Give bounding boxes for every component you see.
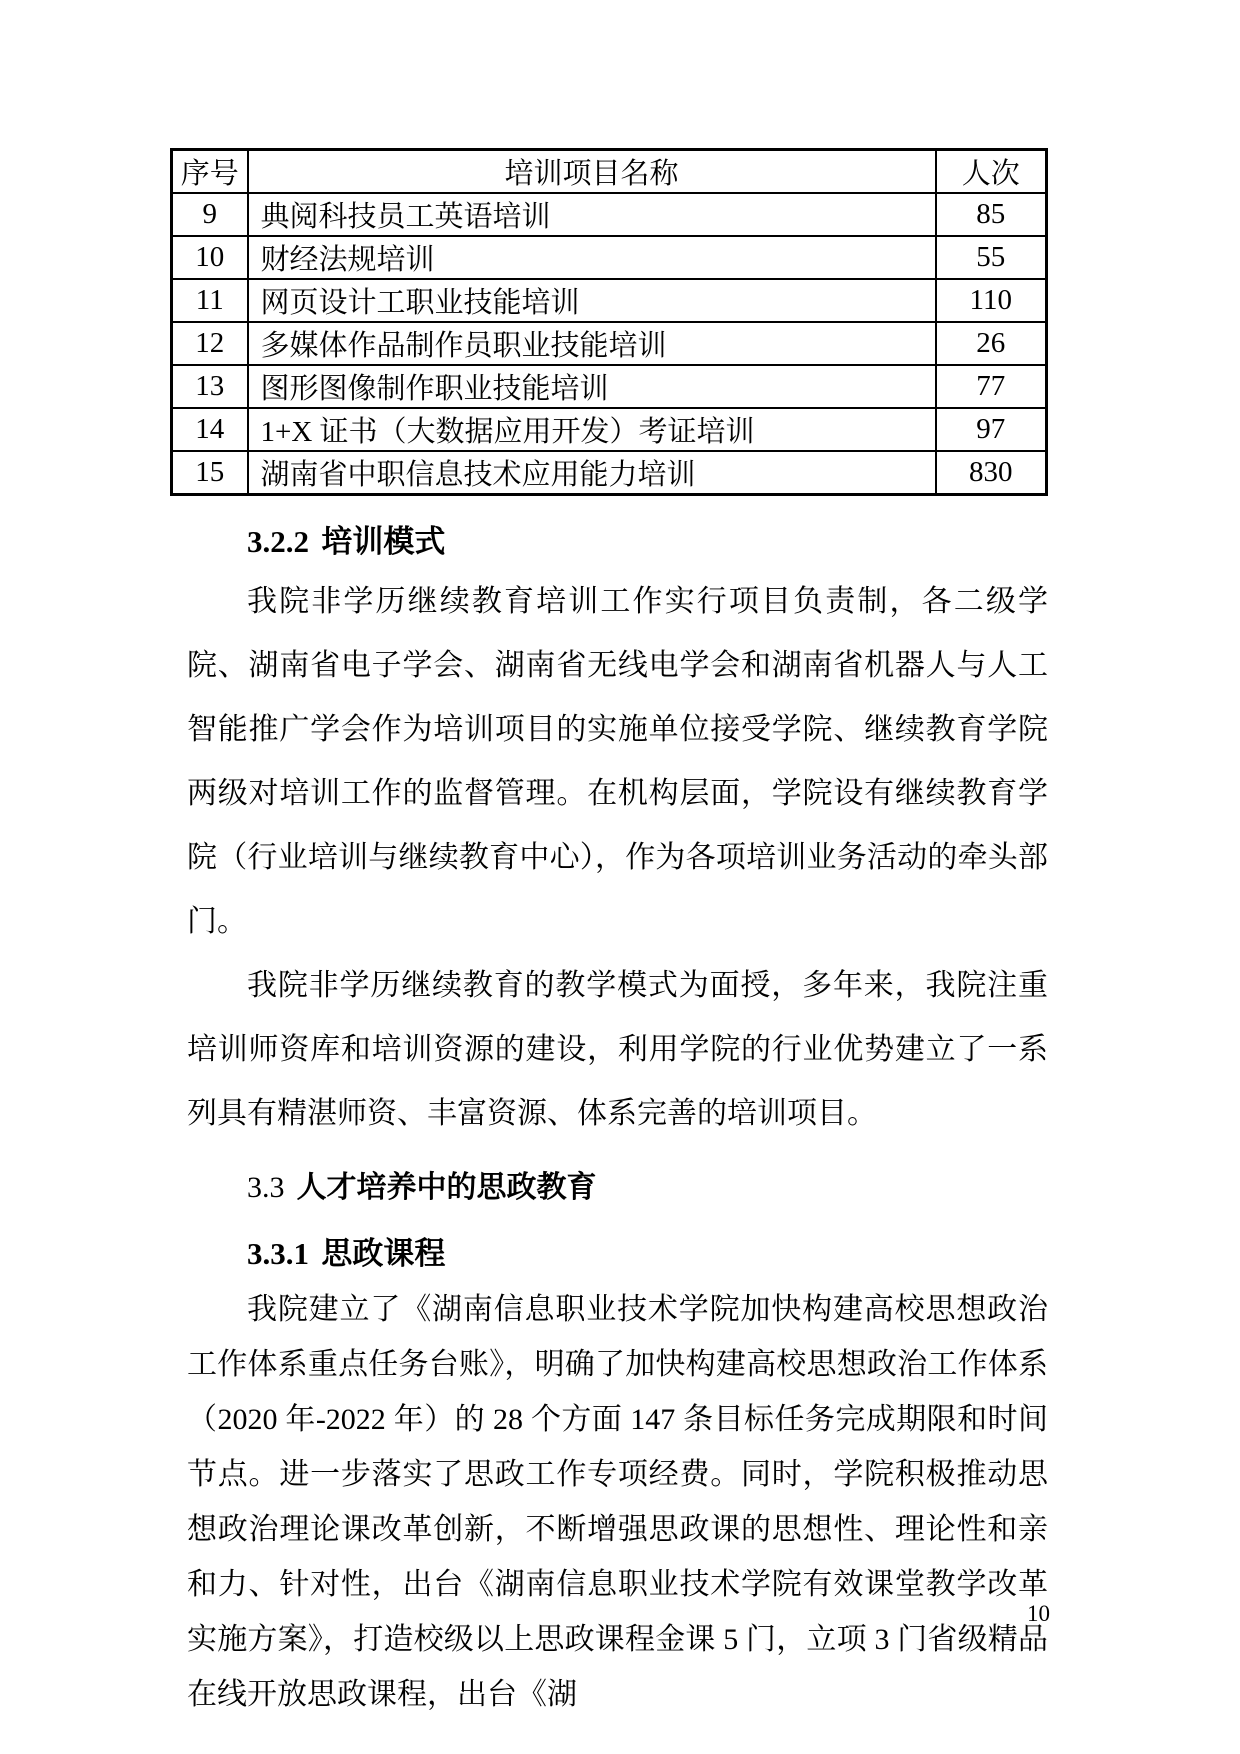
document-page: 序号 培训项目名称 人次 9 典阅科技员工英语培训 85 10 财经法规培训 5… xyxy=(0,0,1240,1754)
cell-name: 典阅科技员工英语培训 xyxy=(248,193,936,236)
table-header-row: 序号 培训项目名称 人次 xyxy=(172,150,1047,194)
table-row: 11 网页设计工职业技能培训 110 xyxy=(172,279,1047,322)
table-row: 15 湖南省中职信息技术应用能力培训 830 xyxy=(172,451,1047,495)
cell-name: 1+X 证书（大数据应用开发）考证培训 xyxy=(248,408,936,451)
cell-name: 多媒体作品制作员职业技能培训 xyxy=(248,322,936,365)
table-row: 9 典阅科技员工英语培训 85 xyxy=(172,193,1047,236)
cell-no: 14 xyxy=(172,408,248,451)
cell-no: 15 xyxy=(172,451,248,495)
paragraph-training-mode-2: 我院非学历继续教育的教学模式为面授，多年来，我院注重培训师资库和培训资源的建设，… xyxy=(187,954,1048,1146)
header-cell-count: 人次 xyxy=(936,150,1047,194)
section-heading-3-2-2: 3.2.2培训模式 xyxy=(247,522,1048,562)
header-cell-no: 序号 xyxy=(172,150,248,194)
table-row: 14 1+X 证书（大数据应用开发）考证培训 97 xyxy=(172,408,1047,451)
cell-count: 830 xyxy=(936,451,1047,495)
heading-number: 3.2.2 xyxy=(247,524,309,559)
heading-title: 思政课程 xyxy=(321,1236,445,1271)
table-row: 12 多媒体作品制作员职业技能培训 26 xyxy=(172,322,1047,365)
document-content: 序号 培训项目名称 人次 9 典阅科技员工英语培训 85 10 财经法规培训 5… xyxy=(170,148,1048,1722)
table-row: 10 财经法规培训 55 xyxy=(172,236,1047,279)
heading-title: 人才培养中的思政教育 xyxy=(297,1171,597,1204)
cell-no: 13 xyxy=(172,365,248,408)
training-projects-table: 序号 培训项目名称 人次 9 典阅科技员工英语培训 85 10 财经法规培训 5… xyxy=(170,148,1048,496)
cell-count: 77 xyxy=(936,365,1047,408)
cell-name: 网页设计工职业技能培训 xyxy=(248,279,936,322)
page-number: 10 xyxy=(960,1598,1050,1630)
cell-count: 55 xyxy=(936,236,1047,279)
paragraph-ideological-courses: 我院建立了《湖南信息职业技术学院加快构建高校思想政治工作体系重点任务台账》，明确… xyxy=(187,1282,1048,1722)
cell-name: 湖南省中职信息技术应用能力培训 xyxy=(248,451,936,495)
heading-title: 培训模式 xyxy=(321,524,445,559)
cell-no: 11 xyxy=(172,279,248,322)
cell-name: 图形图像制作职业技能培训 xyxy=(248,365,936,408)
heading-number: 3.3 xyxy=(247,1171,285,1204)
cell-no: 10 xyxy=(172,236,248,279)
section-heading-3-3: 3.3人才培养中的思政教育 xyxy=(247,1168,1048,1208)
cell-count: 85 xyxy=(936,193,1047,236)
paragraph-training-mode-1: 我院非学历继续教育培训工作实行项目负责制，各二级学院、湖南省电子学会、湖南省无线… xyxy=(187,570,1048,954)
table-row: 13 图形图像制作职业技能培训 77 xyxy=(172,365,1047,408)
text-block: 3.2.2培训模式 我院非学历继续教育培训工作实行项目负责制，各二级学院、湖南省… xyxy=(170,522,1048,1722)
header-cell-name: 培训项目名称 xyxy=(248,150,936,194)
section-heading-3-3-1: 3.3.1思政课程 xyxy=(247,1234,1048,1274)
cell-no: 9 xyxy=(172,193,248,236)
heading-number: 3.3.1 xyxy=(247,1236,309,1271)
cell-no: 12 xyxy=(172,322,248,365)
cell-count: 97 xyxy=(936,408,1047,451)
cell-count: 26 xyxy=(936,322,1047,365)
cell-name: 财经法规培训 xyxy=(248,236,936,279)
cell-count: 110 xyxy=(936,279,1047,322)
